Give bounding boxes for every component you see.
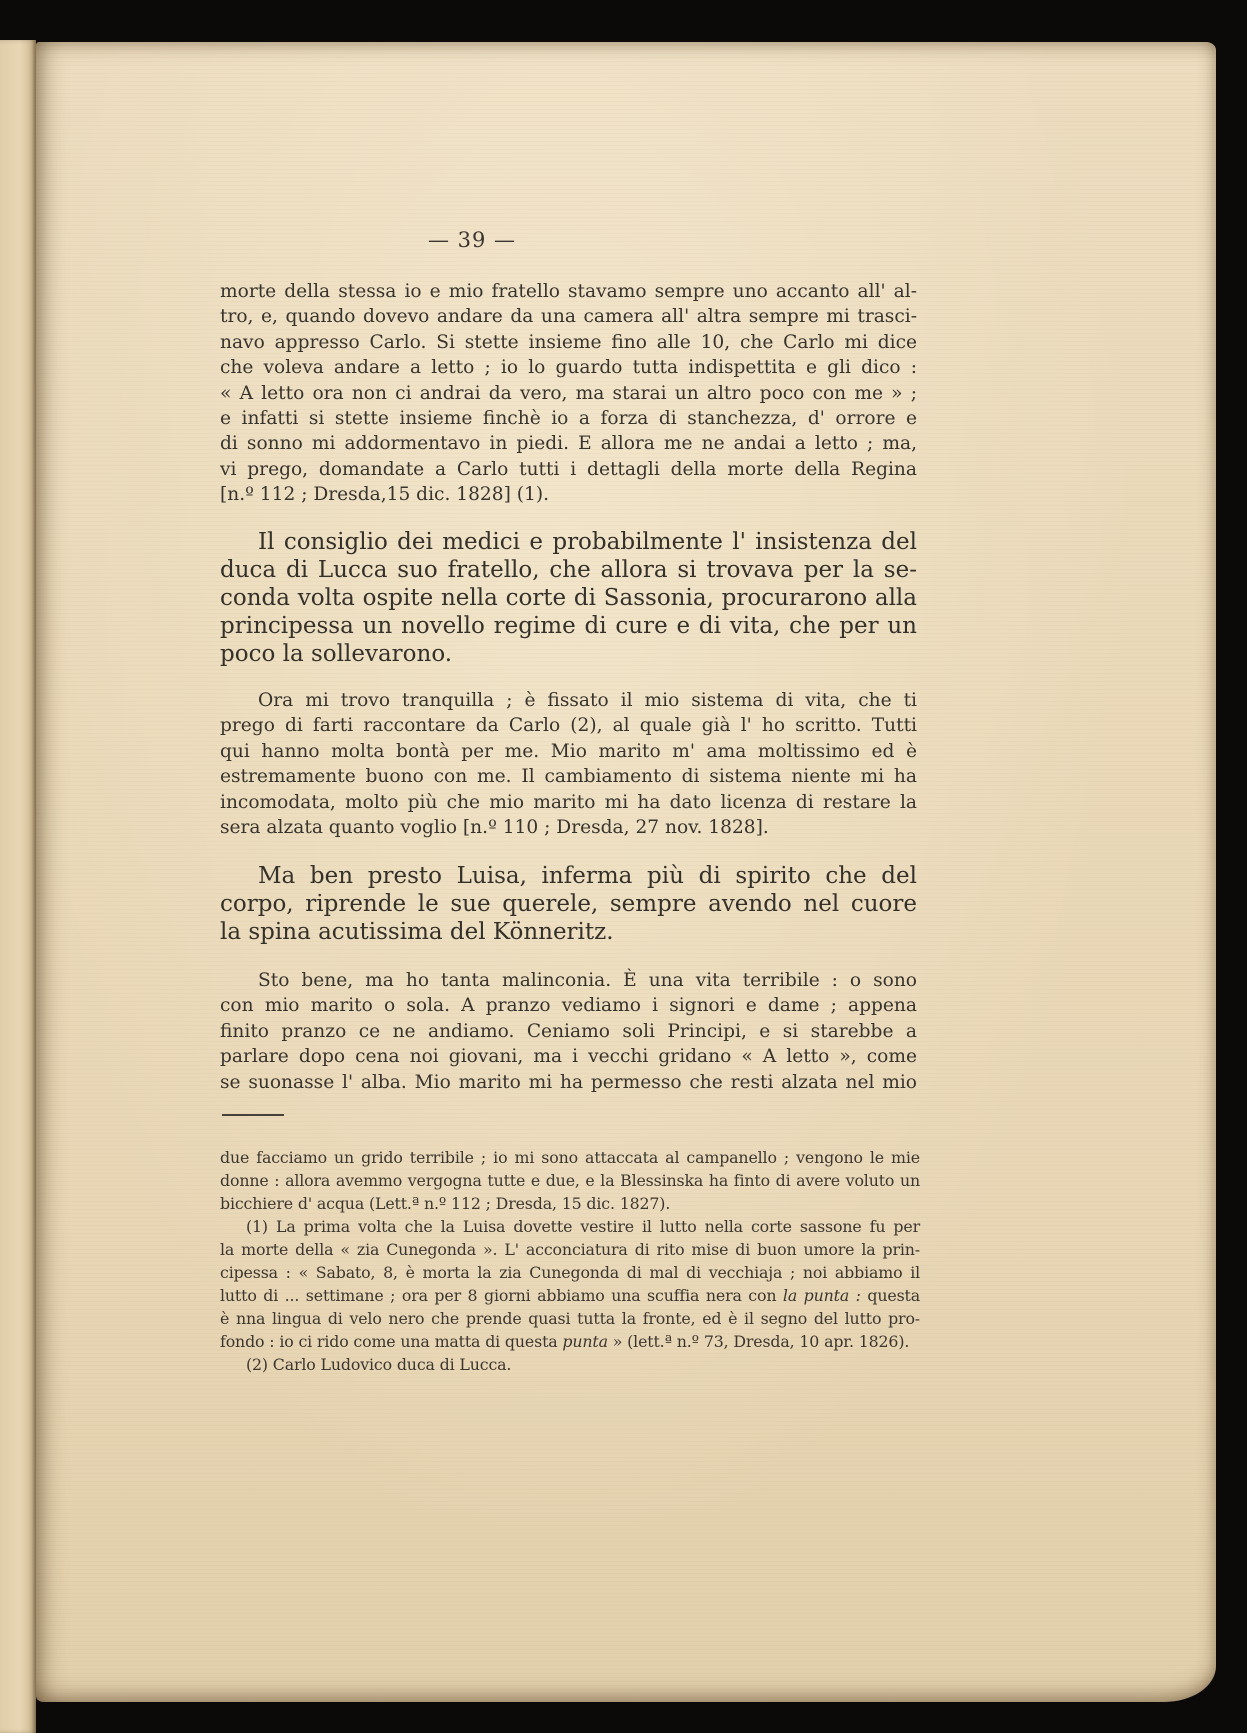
text-line: qui hanno molta bontà per me. Mio marito…: [220, 739, 917, 764]
text-line: corpo, riprende le sue querele, sempre a…: [220, 890, 917, 918]
paragraph-letter-quote-1: morte della stessa io e mio fratello sta…: [220, 279, 917, 508]
text-line: duca di Lucca suo fratello, che allora s…: [220, 556, 917, 584]
footnote-1: (1) La prima volta che la Luisa dovette …: [220, 1216, 920, 1353]
text-line: prego di farti raccontare da Carlo (2), …: [220, 713, 917, 738]
paragraph-letter-quote-3: Sto bene, ma ho tanta malinconia. È una …: [220, 968, 917, 1095]
text-line: conda volta ospite nella corte di Sasson…: [220, 584, 917, 612]
paragraph-letter-quote-2: Ora mi trovo tranquilla ; è fissato il m…: [220, 688, 917, 840]
text-line: e infatti si stette insieme finchè io a …: [220, 406, 917, 431]
photo-background: — 39 — morte della stessa io e mio frate…: [0, 0, 1247, 1733]
footnote-separator-rule: [222, 1114, 284, 1116]
text-line: la spina acutissima del Könneritz.: [220, 918, 917, 946]
text-line: vi prego, domandate a Carlo tutti i dett…: [220, 457, 917, 482]
footnote-continuation: due facciamo un grido terribile ; io mi …: [220, 1147, 920, 1216]
text-line: Sto bene, ma ho tanta malinconia. È una …: [220, 968, 917, 993]
text-line: estremamente buono con me. Il cambiament…: [220, 764, 917, 789]
text-line: principessa un novello regime di cure e …: [220, 612, 917, 640]
page-number: — 39 —: [372, 228, 572, 252]
text-line: parlare dopo cena noi giovani, ma i vecc…: [220, 1044, 917, 1069]
text-line: donne : allora avemmo vergogna tutte e d…: [220, 1170, 920, 1193]
text-line: fondo : io ci rido come una matta di que…: [220, 1331, 920, 1354]
text-line: due facciamo un grido terribile ; io mi …: [220, 1147, 920, 1170]
text-line: morte della stessa io e mio fratello sta…: [220, 279, 917, 304]
text-line: finito pranzo ce ne andiamo. Ceniamo sol…: [220, 1019, 917, 1044]
text-line: la morte della « zia Cunegonda ». L' acc…: [220, 1239, 920, 1262]
text-line: Ma ben presto Luisa, inferma più di spir…: [220, 862, 917, 890]
text-line: di sonno mi addormentavo in piedi. E all…: [220, 431, 917, 456]
text-line: con mio marito o sola. A pranzo vediamo …: [220, 993, 917, 1018]
text-line: poco la sollevarono.: [220, 640, 917, 668]
paragraph-narrative-2: Ma ben presto Luisa, inferma più di spir…: [220, 862, 917, 946]
text-line: lutto di ... settimane ; ora per 8 giorn…: [220, 1285, 920, 1308]
text-line: navo appresso Carlo. Si stette insieme f…: [220, 330, 917, 355]
text-line: è nna lingua di velo nero che prende qua…: [220, 1308, 920, 1331]
text-line: che voleva andare a letto ; io lo guardo…: [220, 355, 917, 380]
text-line: (1) La prima volta che la Luisa dovette …: [220, 1216, 920, 1239]
footnote-2: (2) Carlo Ludovico duca di Lucca.: [220, 1354, 920, 1377]
text-line: se suonasse l' alba. Mio marito mi ha pe…: [220, 1070, 917, 1095]
text-line: incomodata, molto più che mio marito mi …: [220, 790, 917, 815]
text-line: Ora mi trovo tranquilla ; è fissato il m…: [220, 688, 917, 713]
text-line: Il consiglio dei medici e probabilmente …: [220, 528, 917, 556]
text-line: tro, e, quando dovevo andare da una came…: [220, 304, 917, 329]
text-line: bicchiere d' acqua (Lett.ª n.º 112 ; Dre…: [220, 1193, 920, 1216]
paragraph-narrative-1: Il consiglio dei medici e probabilmente …: [220, 528, 917, 668]
text-line: sera alzata quanto voglio [n.º 110 ; Dre…: [220, 815, 917, 840]
page-text-layer: — 39 — morte della stessa io e mio frate…: [0, 0, 1247, 1733]
text-line: (2) Carlo Ludovico duca di Lucca.: [220, 1354, 920, 1377]
text-line: [n.º 112 ; Dresda,15 dic. 1828] (1).: [220, 482, 917, 507]
text-line: cipessa : « Sabato, 8, è morta la zia Cu…: [220, 1262, 920, 1285]
text-line: « A letto ora non ci andrai da vero, ma …: [220, 381, 917, 406]
